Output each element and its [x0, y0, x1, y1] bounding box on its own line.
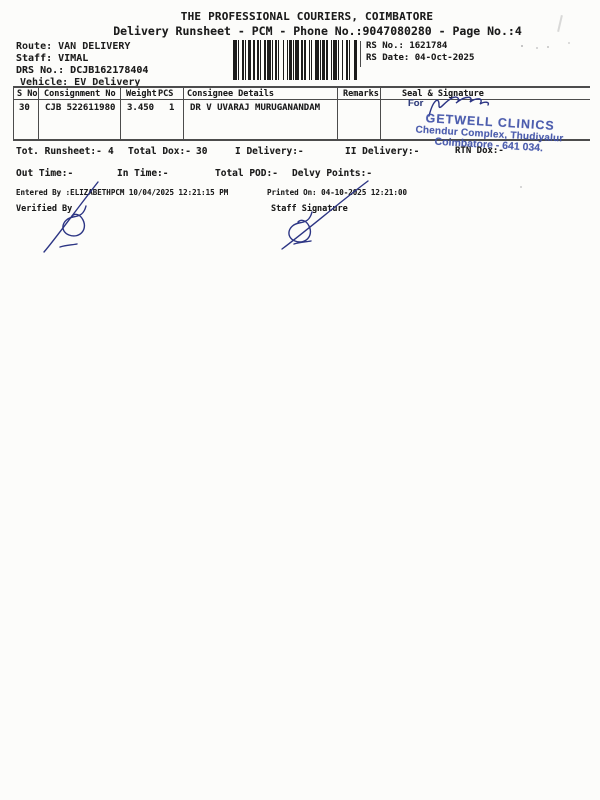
scan-speck: [521, 45, 523, 47]
total-runsheet-value: 4: [108, 146, 114, 157]
in-time-label: In Time:-: [117, 168, 168, 179]
total-dox-label: Total Dox:-: [128, 146, 191, 157]
route-line: Route: VAN DELIVERY: [16, 41, 130, 52]
staff-line: Staff: VIMAL: [16, 53, 88, 64]
cell-sno: 30: [19, 103, 30, 113]
scan-speck: [568, 42, 570, 44]
drs-number-line: DRS No.: DCJB162178404: [16, 65, 148, 76]
col-header-remarks: Remarks: [343, 89, 379, 99]
cell-consignment-no: CJB 522611980: [45, 103, 115, 113]
table-col-line: [38, 86, 39, 139]
col-header-sno: S No: [17, 89, 37, 99]
col-header-consignment: Consignment No: [44, 89, 116, 99]
runsheet-document: THE PROFESSIONAL COURIERS, COIMBATORE De…: [0, 0, 600, 800]
table-col-line: [183, 86, 184, 139]
rs-info-divider: [360, 41, 361, 67]
table-top-border: [13, 86, 590, 88]
table-header-border: [13, 99, 590, 100]
cell-pcs: 1: [169, 103, 174, 113]
rs-number-line: RS No.: 1621784: [366, 41, 447, 51]
rs-date-line: RS Date: 04-Oct-2025: [366, 53, 474, 63]
table-col-line: [380, 86, 381, 139]
staff-signature-mark: [256, 176, 376, 256]
total-runsheet-label: Tot. Runsheet:-: [16, 146, 102, 157]
col-header-consignee: Consignee Details: [187, 89, 274, 99]
cell-consignee: DR V UVARAJ MURUGANANDAM: [190, 103, 320, 113]
col-header-weight: Weight: [126, 89, 157, 99]
table-col-line: [13, 86, 14, 139]
scan-speck: [520, 186, 522, 188]
page-subtitle: Delivery Runsheet - PCM - Phone No.:9047…: [35, 24, 600, 38]
for-label: For: [408, 98, 423, 109]
total-dox-value: 30: [196, 146, 207, 157]
rtn-dox-label: RTN Dox:-: [455, 146, 504, 156]
table-col-line: [337, 86, 338, 139]
verified-by-signature: [28, 176, 118, 256]
page-title: THE PROFESSIONAL COURIERS, COIMBATORE: [14, 10, 600, 23]
ii-delivery-label: II Delivery:-: [345, 146, 419, 157]
scan-speck: [547, 46, 549, 48]
col-header-pcs: PCS: [158, 89, 173, 99]
scan-speck: [536, 47, 538, 49]
table-col-line: [120, 86, 121, 139]
barcode: [233, 40, 357, 80]
i-delivery-label: I Delivery:-: [235, 146, 304, 157]
cell-weight: 3.450: [127, 103, 154, 113]
